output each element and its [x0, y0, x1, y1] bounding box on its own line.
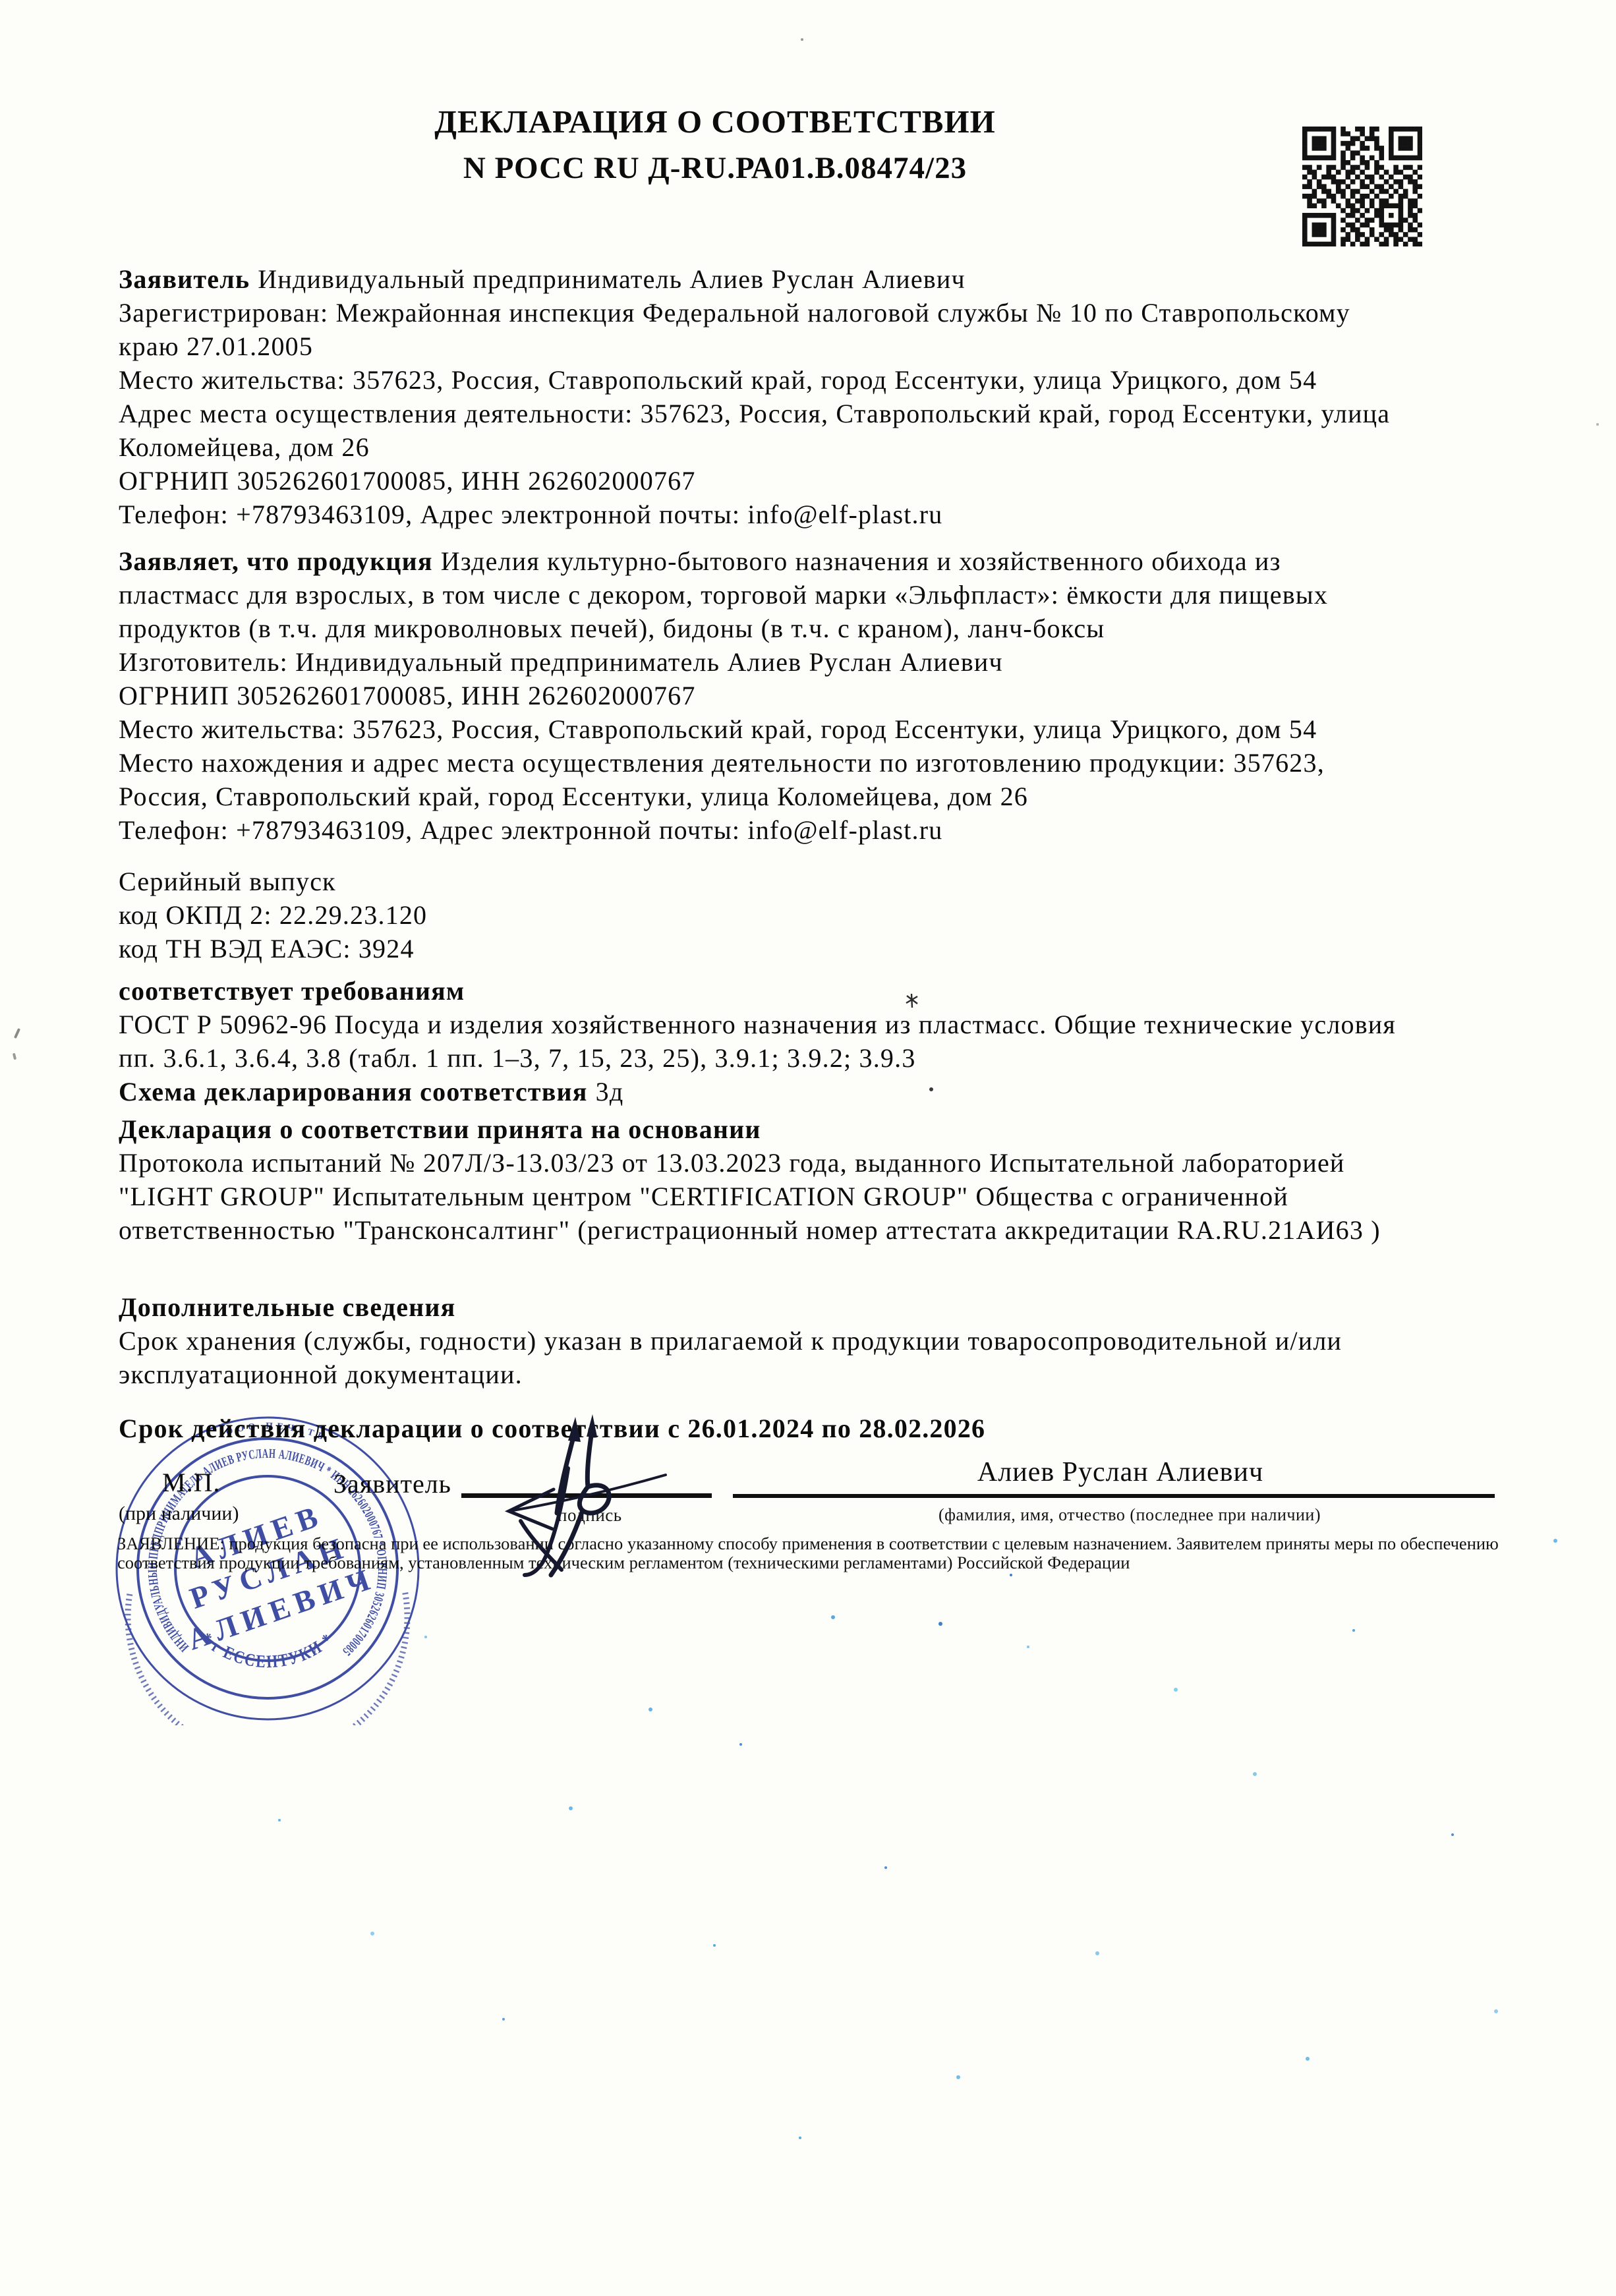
basis-section: Декларация о соответствии принята на осн… — [119, 1112, 1529, 1247]
text-line: Телефон: +78793463109, Адрес электронной… — [119, 498, 1529, 531]
scanner-noise-specks — [0, 0, 3, 3]
text-line: Место жительства: 357623, Россия, Ставро… — [119, 712, 1529, 746]
signatory-name: Алиев Руслан Алиевич — [936, 1456, 1305, 1488]
text-line: Протокола испытаний № 207Л/З-13.03/23 от… — [119, 1146, 1529, 1180]
margin-scan-mark — [14, 1028, 20, 1039]
requirements-heading: соответствует требованиям — [119, 974, 1529, 1008]
text-line: эксплуатационной документации. — [119, 1358, 1529, 1391]
scan-artifact-mark — [904, 992, 920, 1010]
text-line: "LIGHT GROUP" Испытательным центром "CER… — [119, 1180, 1529, 1213]
declaration-document-page: ДЕКЛАРАЦИЯ О СООТВЕТСТВИИ N РОСС RU Д-RU… — [0, 0, 1616, 2296]
handwritten-signature — [422, 1402, 738, 1633]
product-label: Заявляет, что продукция — [119, 546, 433, 576]
applicant-section: ЗаявительИндивидуальный предприниматель … — [119, 262, 1529, 531]
product-description: Изделия культурно-бытового назначения и … — [441, 546, 1281, 576]
scheme-value: 3д — [596, 1077, 624, 1106]
text-line: Зарегистрирован: Межрайонная инспекция Ф… — [119, 296, 1529, 330]
product-section: Заявляет, что продукцияИзделия культурно… — [119, 544, 1529, 847]
qr-code — [1302, 127, 1422, 246]
text-line: Коломейцева, дом 26 — [119, 430, 1529, 464]
product-line: Заявляет, что продукцияИзделия культурно… — [119, 544, 1529, 578]
serial-type: Серийный выпуск — [119, 865, 1529, 898]
margin-scan-mark — [13, 1053, 16, 1060]
additional-section: Дополнительные сведения Срок хранения (с… — [119, 1290, 1529, 1391]
okpd-code: код ОКПД 2: 22.29.23.120 — [119, 898, 1529, 932]
text-line: ГОСТ Р 50962-96 Посуда и изделия хозяйст… — [119, 1008, 1529, 1041]
text-line: Место нахождения и адрес места осуществл… — [119, 746, 1529, 780]
scheme-label: Схема декларирования соответствия — [119, 1077, 588, 1106]
document-number: N РОСС RU Д-RU.РА01.В.08474/23 — [119, 145, 1312, 191]
name-caption: (фамилия, имя, отчество (последнее при н… — [938, 1505, 1321, 1525]
applicant-label: Заявитель — [119, 264, 250, 294]
applicant-name: Индивидуальный предприниматель Алиев Рус… — [258, 264, 966, 294]
applicant-line: ЗаявительИндивидуальный предприниматель … — [119, 262, 1529, 296]
text-line: Россия, Ставропольский край, город Ессен… — [119, 780, 1529, 813]
document-header: ДЕКЛАРАЦИЯ О СООТВЕТСТВИИ N РОСС RU Д-RU… — [119, 99, 1312, 191]
requirements-section: соответствует требованиям ГОСТ Р 50962-9… — [119, 974, 1529, 1108]
scheme-line: Схема декларирования соответствия3д — [119, 1075, 1529, 1108]
document-title: ДЕКЛАРАЦИЯ О СООТВЕТСТВИИ — [119, 99, 1312, 145]
text-line: краю 27.01.2005 — [119, 330, 1529, 363]
additional-heading: Дополнительные сведения — [119, 1290, 1529, 1324]
scan-dot-artifact — [929, 1087, 933, 1091]
text-line: пластмасс для взрослых, в том числе с де… — [119, 578, 1529, 612]
text-line: Срок хранения (службы, годности) указан … — [119, 1324, 1529, 1358]
basis-heading: Декларация о соответствии принята на осн… — [119, 1112, 1529, 1146]
text-line: Изготовитель: Индивидуальный предпринима… — [119, 645, 1529, 679]
tnved-code: код ТН ВЭД ЕАЭС: 3924 — [119, 932, 1529, 965]
round-stamp: ООО ПЕЧАТЬ ИНДИВИДУАЛЬНЫЙ ПРЕДПРИНИМАТЕЛ… — [111, 1412, 424, 1725]
name-underline — [733, 1494, 1495, 1498]
text-line: Адрес места осуществления деятельности: … — [119, 397, 1529, 430]
stamp-center-name: АЛИЕВ РУСЛАН АЛИЕВИЧ — [158, 1489, 379, 1657]
text-line: ОГРНИП 305262601700085, ИНН 262602000767 — [119, 464, 1529, 498]
serial-section: Серийный выпуск код ОКПД 2: 22.29.23.120… — [119, 865, 1529, 965]
text-line: Телефон: +78793463109, Адрес электронной… — [119, 813, 1529, 847]
text-line: Место жительства: 357623, Россия, Ставро… — [119, 363, 1529, 397]
text-line: продуктов (в т.ч. для микроволновых пече… — [119, 612, 1529, 645]
text-line: ответственностью "Трансконсалтинг" (реги… — [119, 1213, 1529, 1247]
text-line: пп. 3.6.1, 3.6.4, 3.8 (табл. 1 пп. 1–3, … — [119, 1041, 1529, 1075]
text-line: ОГРНИП 305262601700085, ИНН 262602000767 — [119, 679, 1529, 712]
